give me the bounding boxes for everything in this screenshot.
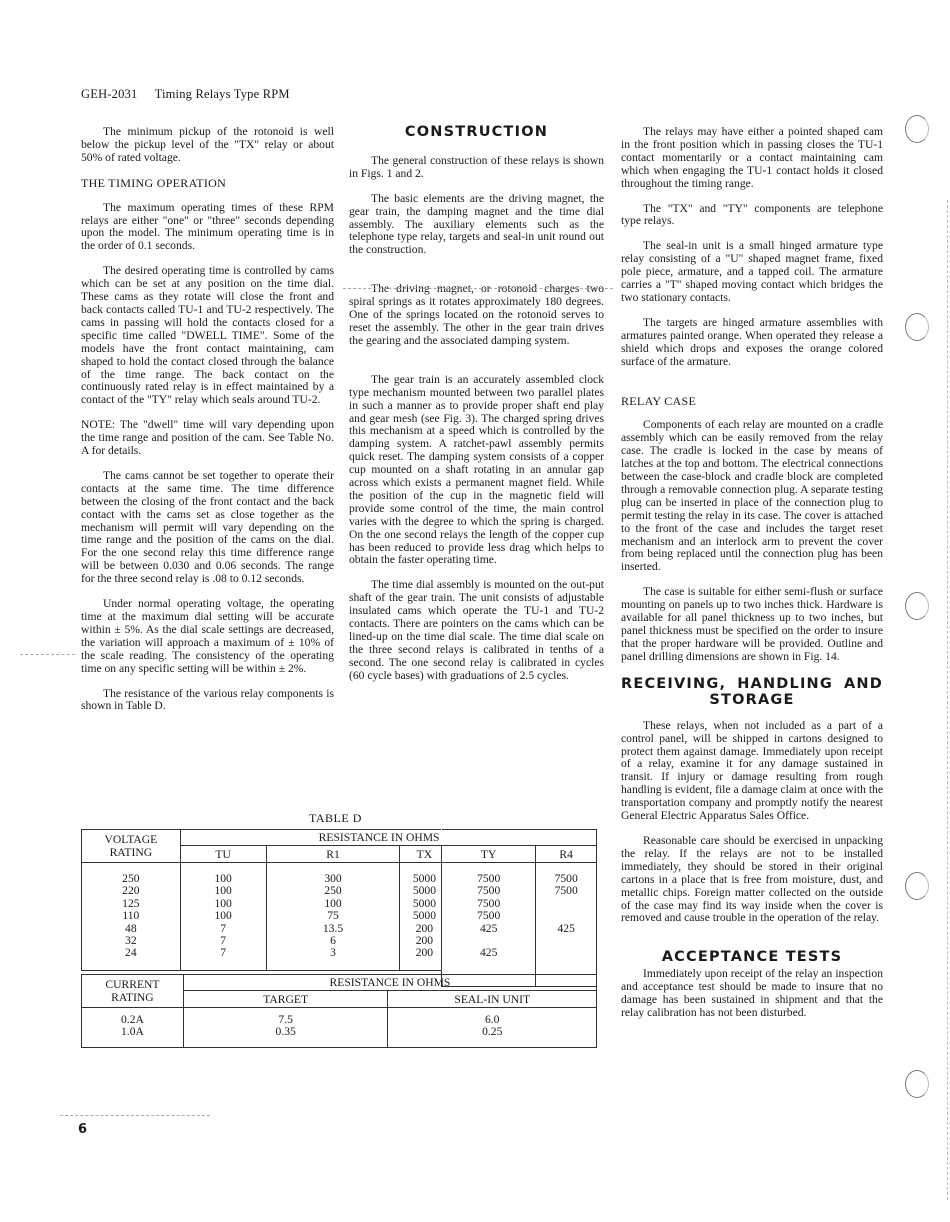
hole-punch-icon	[905, 313, 929, 341]
voltage-rating-header: VOLTAGE RATING	[82, 830, 181, 863]
paragraph-pointed-cam: The relays may have either a pointed sha…	[621, 126, 883, 191]
hole-punch-icon	[905, 1070, 929, 1098]
seal-in-values: 6.0 0.25	[388, 1008, 597, 1048]
heading-acceptance-tests: ACCEPTANCE TESTS	[621, 951, 883, 964]
paragraph-time-dial: The time dial assembly is mounted on the…	[349, 579, 604, 682]
resistance-group-header-2: RESISTANCE IN OHMS	[183, 975, 596, 991]
ty-values: 7500 7500 7500 7500 425 425	[442, 863, 536, 987]
paragraph-tx-ty: The "TX" and "TY" components are telepho…	[621, 203, 883, 229]
document-id: GEH-2031	[81, 87, 137, 101]
paragraph-general-construction: The general construction of these relays…	[349, 155, 604, 181]
document-title: Timing Relays Type RPM	[155, 87, 290, 101]
table-ty-r4: TY R4 7500 7500 7500 7500 425 425 7500 7…	[441, 829, 597, 987]
heading-receiving-handling-storage: RECEIVING, HANDLING AND STORAGE	[621, 676, 883, 708]
table-caption: TABLE D	[309, 811, 362, 826]
col-header-seal-in: SEAL-IN UNIT	[388, 991, 597, 1008]
paragraph-basic-elements: The basic elements are the driving magne…	[349, 193, 604, 258]
current-values: 0.2A 1.0A	[82, 1008, 184, 1048]
scan-rule-divider	[60, 1115, 210, 1116]
paragraph-components: Components of each relay are mounted on …	[621, 419, 883, 574]
paragraph-gear-train: The gear train is an accurately assemble…	[349, 374, 604, 568]
paragraph-case-suitable: The case is suitable for either semi-flu…	[621, 586, 883, 663]
col-header-r4: R4	[536, 846, 597, 863]
col-header-ty: TY	[442, 846, 536, 863]
heading-relay-case: RELAY CASE	[621, 395, 883, 408]
hole-punch-icon	[905, 115, 929, 143]
paragraph-care: Reasonable care should be exercised in u…	[621, 835, 883, 925]
page-edge-divider	[946, 200, 948, 1200]
target-values: 7.5 0.35	[183, 1008, 388, 1048]
page-number: 6	[78, 1122, 87, 1137]
hole-punch-icon	[905, 872, 929, 900]
paragraph-resistance: The resistance of the various relay comp…	[81, 688, 334, 714]
col-header-target: TARGET	[183, 991, 388, 1008]
scan-rule-divider	[20, 654, 75, 655]
page-header: GEH-2031 Timing Relays Type RPM	[81, 87, 290, 102]
scan-rule-divider	[343, 288, 613, 289]
paragraph-desired-time: The desired operating time is controlled…	[81, 265, 334, 407]
r4-values: 7500 7500 425	[536, 863, 597, 987]
tu-values: 100 100 100 100 7 7 7	[180, 863, 266, 971]
paragraph-max-times: The maximum operating times of these RPM…	[81, 202, 334, 254]
column-1: The minimum pickup of the rotonoid is we…	[81, 126, 334, 725]
paragraph-shipped: These relays, when not included as a par…	[621, 720, 883, 823]
paragraph-cams: The cams cannot be set together to opera…	[81, 470, 334, 586]
col-header-tu: TU	[180, 846, 266, 863]
heading-construction: CONSTRUCTION	[349, 126, 604, 139]
column-2: CONSTRUCTION The general construction of…	[349, 126, 604, 695]
paragraph-seal-in: The seal-in unit is a small hinged armat…	[621, 240, 883, 305]
paragraph-acceptance: Immediately upon receipt of the relay an…	[621, 968, 883, 1020]
paragraph-driving-magnet: The driving magnet, or rotonoid charges …	[349, 283, 604, 348]
paragraph-note: NOTE: The "dwell" time will vary dependi…	[81, 419, 334, 458]
hole-punch-icon	[905, 592, 929, 620]
col-header-r1: R1	[266, 846, 400, 863]
current-rating-header: CURRENT RATING	[82, 975, 184, 1008]
voltage-values: 250 220 125 110 48 32 24	[82, 863, 181, 971]
table-current-resistance: CURRENT RATING RESISTANCE IN OHMS TARGET…	[81, 974, 597, 1048]
column-3: The relays may have either a pointed sha…	[621, 126, 883, 1032]
paragraph-normal-voltage: Under normal operating voltage, the oper…	[81, 598, 334, 675]
paragraph-targets: The targets are hinged armature assembli…	[621, 317, 883, 369]
paragraph-pickup: The minimum pickup of the rotonoid is we…	[81, 126, 334, 165]
heading-timing-operation: THE TIMING OPERATION	[81, 177, 334, 190]
r1-values: 300 250 100 75 13.5 6 3	[266, 863, 400, 971]
